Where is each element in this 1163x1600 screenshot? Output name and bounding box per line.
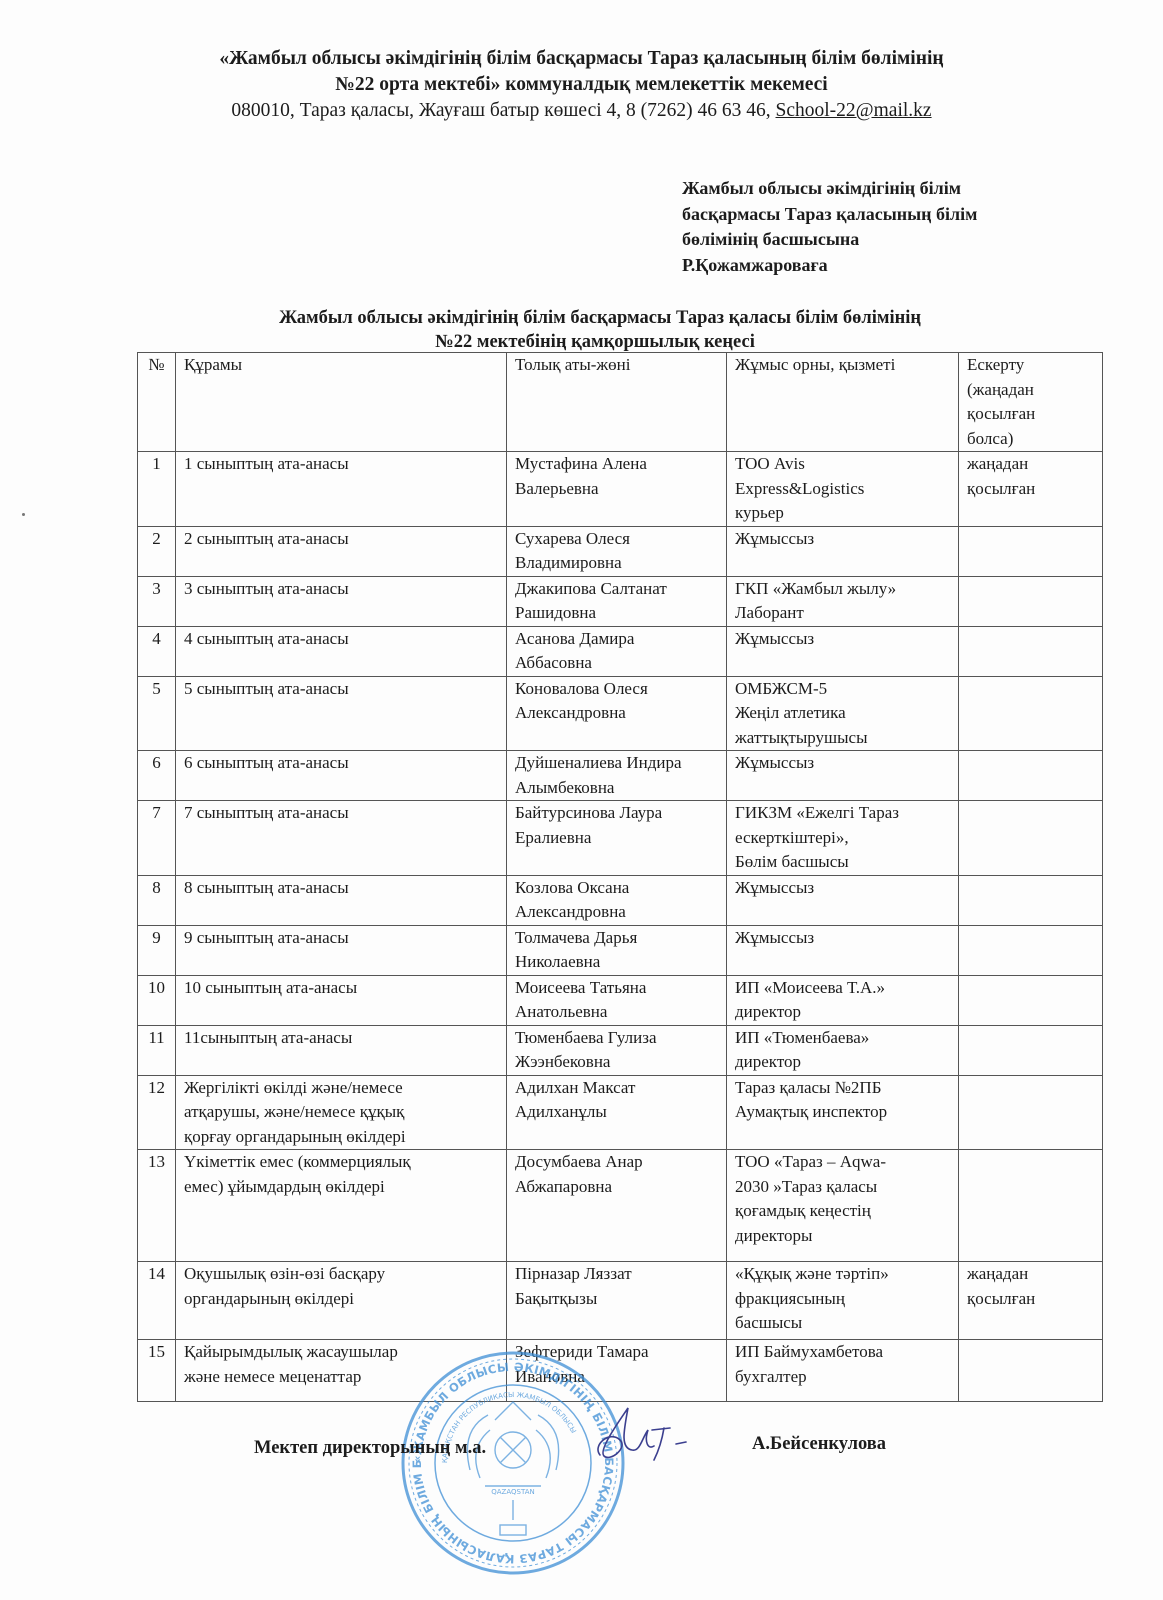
row-full-name: Коновалова Олеся Александровна [507,676,727,751]
addressee-line: басқармасы Тараз қаласының білім [682,202,1102,228]
row-num: 10 [138,975,176,1025]
row-composition: Үкіметтік емес (коммерциялық емес) ұйымд… [176,1150,507,1262]
row-note [959,975,1103,1025]
row-workplace: ОМБЖСМ-5 Жеңіл атлетика жаттықтырушысы [727,676,959,751]
row-num: 2 [138,526,176,576]
addressee-line: бөлімінің басшысына [682,227,1102,253]
row-note [959,526,1103,576]
header-workplace: Жұмыс орны, қызметі [727,353,959,452]
row-full-name: Дуйшеналиева Индира Алымбековна [507,751,727,801]
document-title-line-1: Жамбыл облысы әкімдігінің білім басқарма… [0,306,1163,330]
row-num: 3 [138,576,176,626]
row-composition: Оқушылық өзін-өзі басқару органдарының ө… [176,1262,507,1340]
row-composition: 11сыныптың ата-анасы [176,1025,507,1075]
table-row: 55 сыныптың ата-анасыКоновалова Олеся Ал… [138,676,1103,751]
table-row: 77 сыныптың ата-анасыБайтурсинова Лаура … [138,801,1103,876]
row-composition: 9 сыныптың ата-анасы [176,925,507,975]
letterhead-address: 080010, Тараз қаласы, Жауғаш батыр көшес… [0,98,1163,124]
email-link[interactable]: School-22@mail.kz [776,100,932,121]
scan-speck [22,513,25,516]
row-workplace: Тараз қаласы №2ПБ Аумақтық инспектор [727,1075,959,1150]
table-row: 22 сыныптың ата-анасыСухарева Олеся Влад… [138,526,1103,576]
table-row: 11 сыныптың ата-анасыМустафина Алена Вал… [138,452,1103,527]
row-full-name: Асанова Дамира Аббасовна [507,626,727,676]
letterhead-line-1: «Жамбыл облысы әкімдігінің білім басқарм… [0,46,1163,72]
row-num: 11 [138,1025,176,1075]
row-note [959,576,1103,626]
table-row: 1010 сыныптың ата-анасыМоисеева Татьяна … [138,975,1103,1025]
table-row: 99 сыныптың ата-анасыТолмачева Дарья Ник… [138,925,1103,975]
row-workplace: Жұмыссыз [727,626,959,676]
row-full-name: Толмачева Дарья Николаевна [507,925,727,975]
row-num: 9 [138,925,176,975]
table-row: 13Үкіметтік емес (коммерциялық емес) ұйы… [138,1150,1103,1262]
row-workplace: «Құқық және тәртіп» фракциясының басшысы [727,1262,959,1340]
row-composition: 3 сыныптың ата-анасы [176,576,507,626]
row-composition: 8 сыныптың ата-анасы [176,875,507,925]
row-num: 8 [138,875,176,925]
row-note: жаңадан қосылған [959,1262,1103,1340]
row-full-name: Тюменбаева Гулиза Жээнбековна [507,1025,727,1075]
row-full-name: Мустафина Алена Валерьевна [507,452,727,527]
row-workplace: ИП «Моисеева Т.А.» директор [727,975,959,1025]
row-composition: 7 сыныптың ата-анасы [176,801,507,876]
row-full-name: Байтурсинова Лаура Ералиевна [507,801,727,876]
row-note [959,925,1103,975]
header-composition: Құрамы [176,353,507,452]
row-num: 12 [138,1075,176,1150]
row-full-name: Досумбаева Анар Абжапаровна [507,1150,727,1262]
signature-label: Мектеп директорының м.а. [254,1438,486,1459]
row-workplace: ТОО «Тараз – Aqwa- 2030 »Тараз қаласы қо… [727,1150,959,1262]
row-full-name: Пірназар Ляззат Бақытқызы [507,1262,727,1340]
signatory-name: А.Бейсенкулова [752,1434,886,1455]
row-note [959,626,1103,676]
row-full-name: Сухарева Олеся Владимировна [507,526,727,576]
addressee-line: Р.Қожамжароваға [682,253,1102,279]
table-row: 1111сыныптың ата-анасыТюменбаева Гулиза … [138,1025,1103,1075]
row-note [959,801,1103,876]
row-workplace: Жұмыссыз [727,875,959,925]
row-note [959,875,1103,925]
row-workplace: ГИКЗМ «Ежелгі Тараз ескерткіштері», Бөлі… [727,801,959,876]
table-row: 33 сыныптың ата-анасыДжакипова Салтанат … [138,576,1103,626]
row-composition: 6 сыныптың ата-анасы [176,751,507,801]
address-text: 080010, Тараз қаласы, Жауғаш батыр көшес… [231,100,775,121]
row-note [959,1025,1103,1075]
header-full-name: Толық аты-жөні [507,353,727,452]
row-composition: 2 сыныптың ата-анасы [176,526,507,576]
row-note [959,676,1103,751]
row-workplace: Жұмыссыз [727,925,959,975]
row-num: 6 [138,751,176,801]
table-row: 14Оқушылық өзін-өзі басқару органдарының… [138,1262,1103,1340]
row-note: жаңадан қосылған [959,452,1103,527]
row-workplace: Жұмыссыз [727,526,959,576]
table-body: 11 сыныптың ата-анасыМустафина Алена Вал… [138,452,1103,1402]
document-title-line-2: №22 мектебінің қамқоршылық кеңесі [0,330,1163,354]
row-note [959,1340,1103,1402]
row-workplace: ИП «Тюменбаева» директор [727,1025,959,1075]
row-workplace: ТОО Avis Express&Logistics курьер [727,452,959,527]
row-full-name: Джакипова Салтанат Рашидовна [507,576,727,626]
row-num: 13 [138,1150,176,1262]
stamp-emblem-label: QAZAQSTAN [491,1488,534,1496]
row-workplace: ГКП «Жамбыл жылу» Лаборант [727,576,959,626]
table-row: 12Жергілікті өкілді және/немесе атқарушы… [138,1075,1103,1150]
row-workplace: ИП Баймухамбетова бухгалтер [727,1340,959,1402]
council-table: № Құрамы Толық аты-жөні Жұмыс орны, қызм… [137,352,1103,1402]
table-row: 66 сыныптың ата-анасыДуйшеналиева Индира… [138,751,1103,801]
row-note [959,751,1103,801]
row-note [959,1150,1103,1262]
row-composition: 1 сыныптың ата-анасы [176,452,507,527]
row-num: 14 [138,1262,176,1340]
row-note [959,1075,1103,1150]
row-num: 1 [138,452,176,527]
row-composition: 4 сыныптың ата-анасы [176,626,507,676]
table-header-row: № Құрамы Толық аты-жөні Жұмыс орны, қызм… [138,353,1103,452]
table-row: 44 сыныптың ата-анасыАсанова Дамира Абба… [138,626,1103,676]
row-full-name: Адилхан Максат Адилханұлы [507,1075,727,1150]
header-note: Ескерту (жаңадан қосылған болса) [959,353,1103,452]
header-num: № [138,353,176,452]
row-composition: Жергілікті өкілді және/немесе атқарушы, … [176,1075,507,1150]
row-composition: 10 сыныптың ата-анасы [176,975,507,1025]
row-workplace: Жұмыссыз [727,751,959,801]
row-num: 4 [138,626,176,676]
row-full-name: Моисеева Татьяна Анатольевна [507,975,727,1025]
row-full-name: Козлова Оксана Александровна [507,875,727,925]
handwritten-signature-icon [590,1400,700,1470]
row-num: 15 [138,1340,176,1402]
row-num: 7 [138,801,176,876]
row-composition: 5 сыныптың ата-анасы [176,676,507,751]
table-row: 88 сыныптың ата-анасыКозлова Оксана Алек… [138,875,1103,925]
letterhead-line-2: №22 орта мектебі» коммуналдық мемлекетті… [0,72,1163,98]
addressee-block: Жамбыл облысы әкімдігінің білім басқарма… [682,176,1102,278]
row-num: 5 [138,676,176,751]
addressee-line: Жамбыл облысы әкімдігінің білім [682,176,1102,202]
